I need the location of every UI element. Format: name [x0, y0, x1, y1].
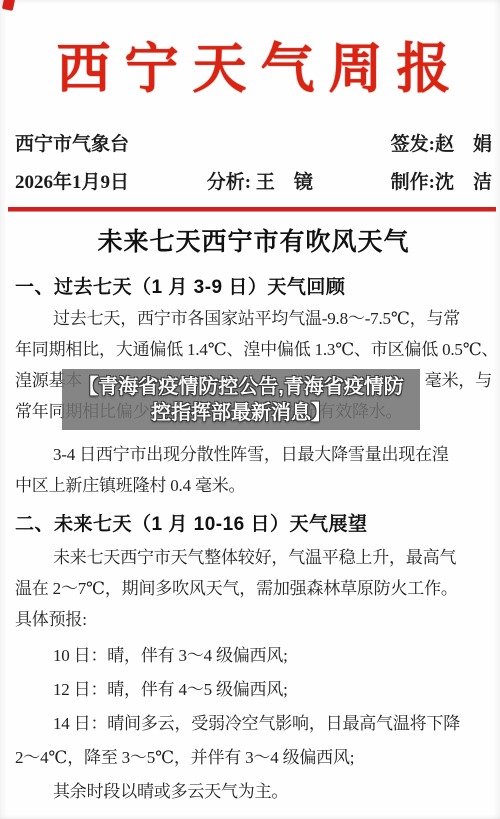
forecast-line-day12: 12 日：晴，伴有 4～5 级偏西风; [15, 673, 492, 707]
body-line-fragment-right: 毫米，与 [425, 365, 492, 396]
forecast-line-day14-cont: 2～4℃，降至 3～5℃，并伴有 3～4 级偏西风; [15, 741, 492, 775]
forecast-line-day14: 14 日：晴间多云，受弱冷空气影响，日最高气温将下降 [15, 707, 492, 741]
section-1-heading: 一、过去七天（1 月 3-9 日）天气回顾 [15, 272, 492, 299]
masthead-title: 西宁天气周报 [15, 0, 492, 99]
forecast-line-rest: 其余时段以晴或多云天气为主。 [15, 775, 492, 809]
maker-field: 制作:沈 洁 [391, 167, 492, 194]
weather-report-page: 西宁天气周报 西宁市气象台 签发:赵 娟 2026年1月9日 分析: 王 镜 制… [0, 0, 500, 819]
snowfall-paragraph: 3-4 日西宁市出现分散性阵雪，日最大降雪量出现在湟 中区上新庄镇班隆村 0.4… [15, 439, 492, 501]
outlook-paragraph: 未来七天西宁市天气整体较好，气温平稳上升，最高气 温在 2～7℃，期间多吹风天气… [15, 542, 492, 635]
epidemic-announcement-overlay[interactable]: 【青海省疫情防控公告,青海省疫情防 控指挥部最新消息】 [62, 369, 420, 430]
body-line: 温在 2～7℃，期间多吹风天气，需加强森林草原防火工作。 [15, 573, 492, 604]
issue-date: 2026年1月9日 [15, 167, 129, 194]
corner-stamp [2, 0, 15, 11]
document-title: 未来七天西宁市有吹风天气 [15, 222, 492, 258]
body-line: 过去七天，西宁市各国家站平均气温-9.8～-7.5℃，与常 [15, 303, 492, 334]
header-divider-rule [8, 207, 496, 211]
forecast-list: 10 日：晴，伴有 3～4 级偏西风; 12 日：晴，伴有 4～5 级偏西风; … [15, 639, 492, 809]
section-2-heading: 二、未来七天（1 月 10-16 日）天气展望 [15, 509, 492, 536]
body-line: 具体预报: [15, 604, 492, 635]
analyst-field: 分析: 王 镜 [207, 167, 313, 194]
overlay-text-line: 【青海省疫情防控公告,青海省疫情防 [62, 374, 420, 400]
body-line: 未来七天西宁市天气整体较好，气温平稳上升，最高气 [15, 542, 492, 573]
signer-field: 签发:赵 娟 [391, 129, 492, 156]
issuer-name: 西宁市气象台 [15, 129, 129, 156]
overlay-text-line: 控指挥部最新消息】 [62, 400, 420, 426]
body-line: 3-4 日西宁市出现分散性阵雪，日最大降雪量出现在湟 [15, 439, 492, 470]
body-line: 年同期相比，大通偏低 1.4℃、湟中偏低 1.3℃、市区偏低 0.5℃、 [15, 334, 492, 365]
body-line: 中区上新庄镇班隆村 0.4 毫米。 [15, 470, 492, 501]
report-header: 西宁市气象台 签发:赵 娟 2026年1月9日 分析: 王 镜 制作:沈 洁 [15, 129, 492, 194]
past-week-paragraph: 过去七天，西宁市各国家站平均气温-9.8～-7.5℃，与常 年同期相比，大通偏低… [15, 303, 492, 427]
forecast-line-day10: 10 日：晴，伴有 3～4 级偏西风; [15, 639, 492, 673]
